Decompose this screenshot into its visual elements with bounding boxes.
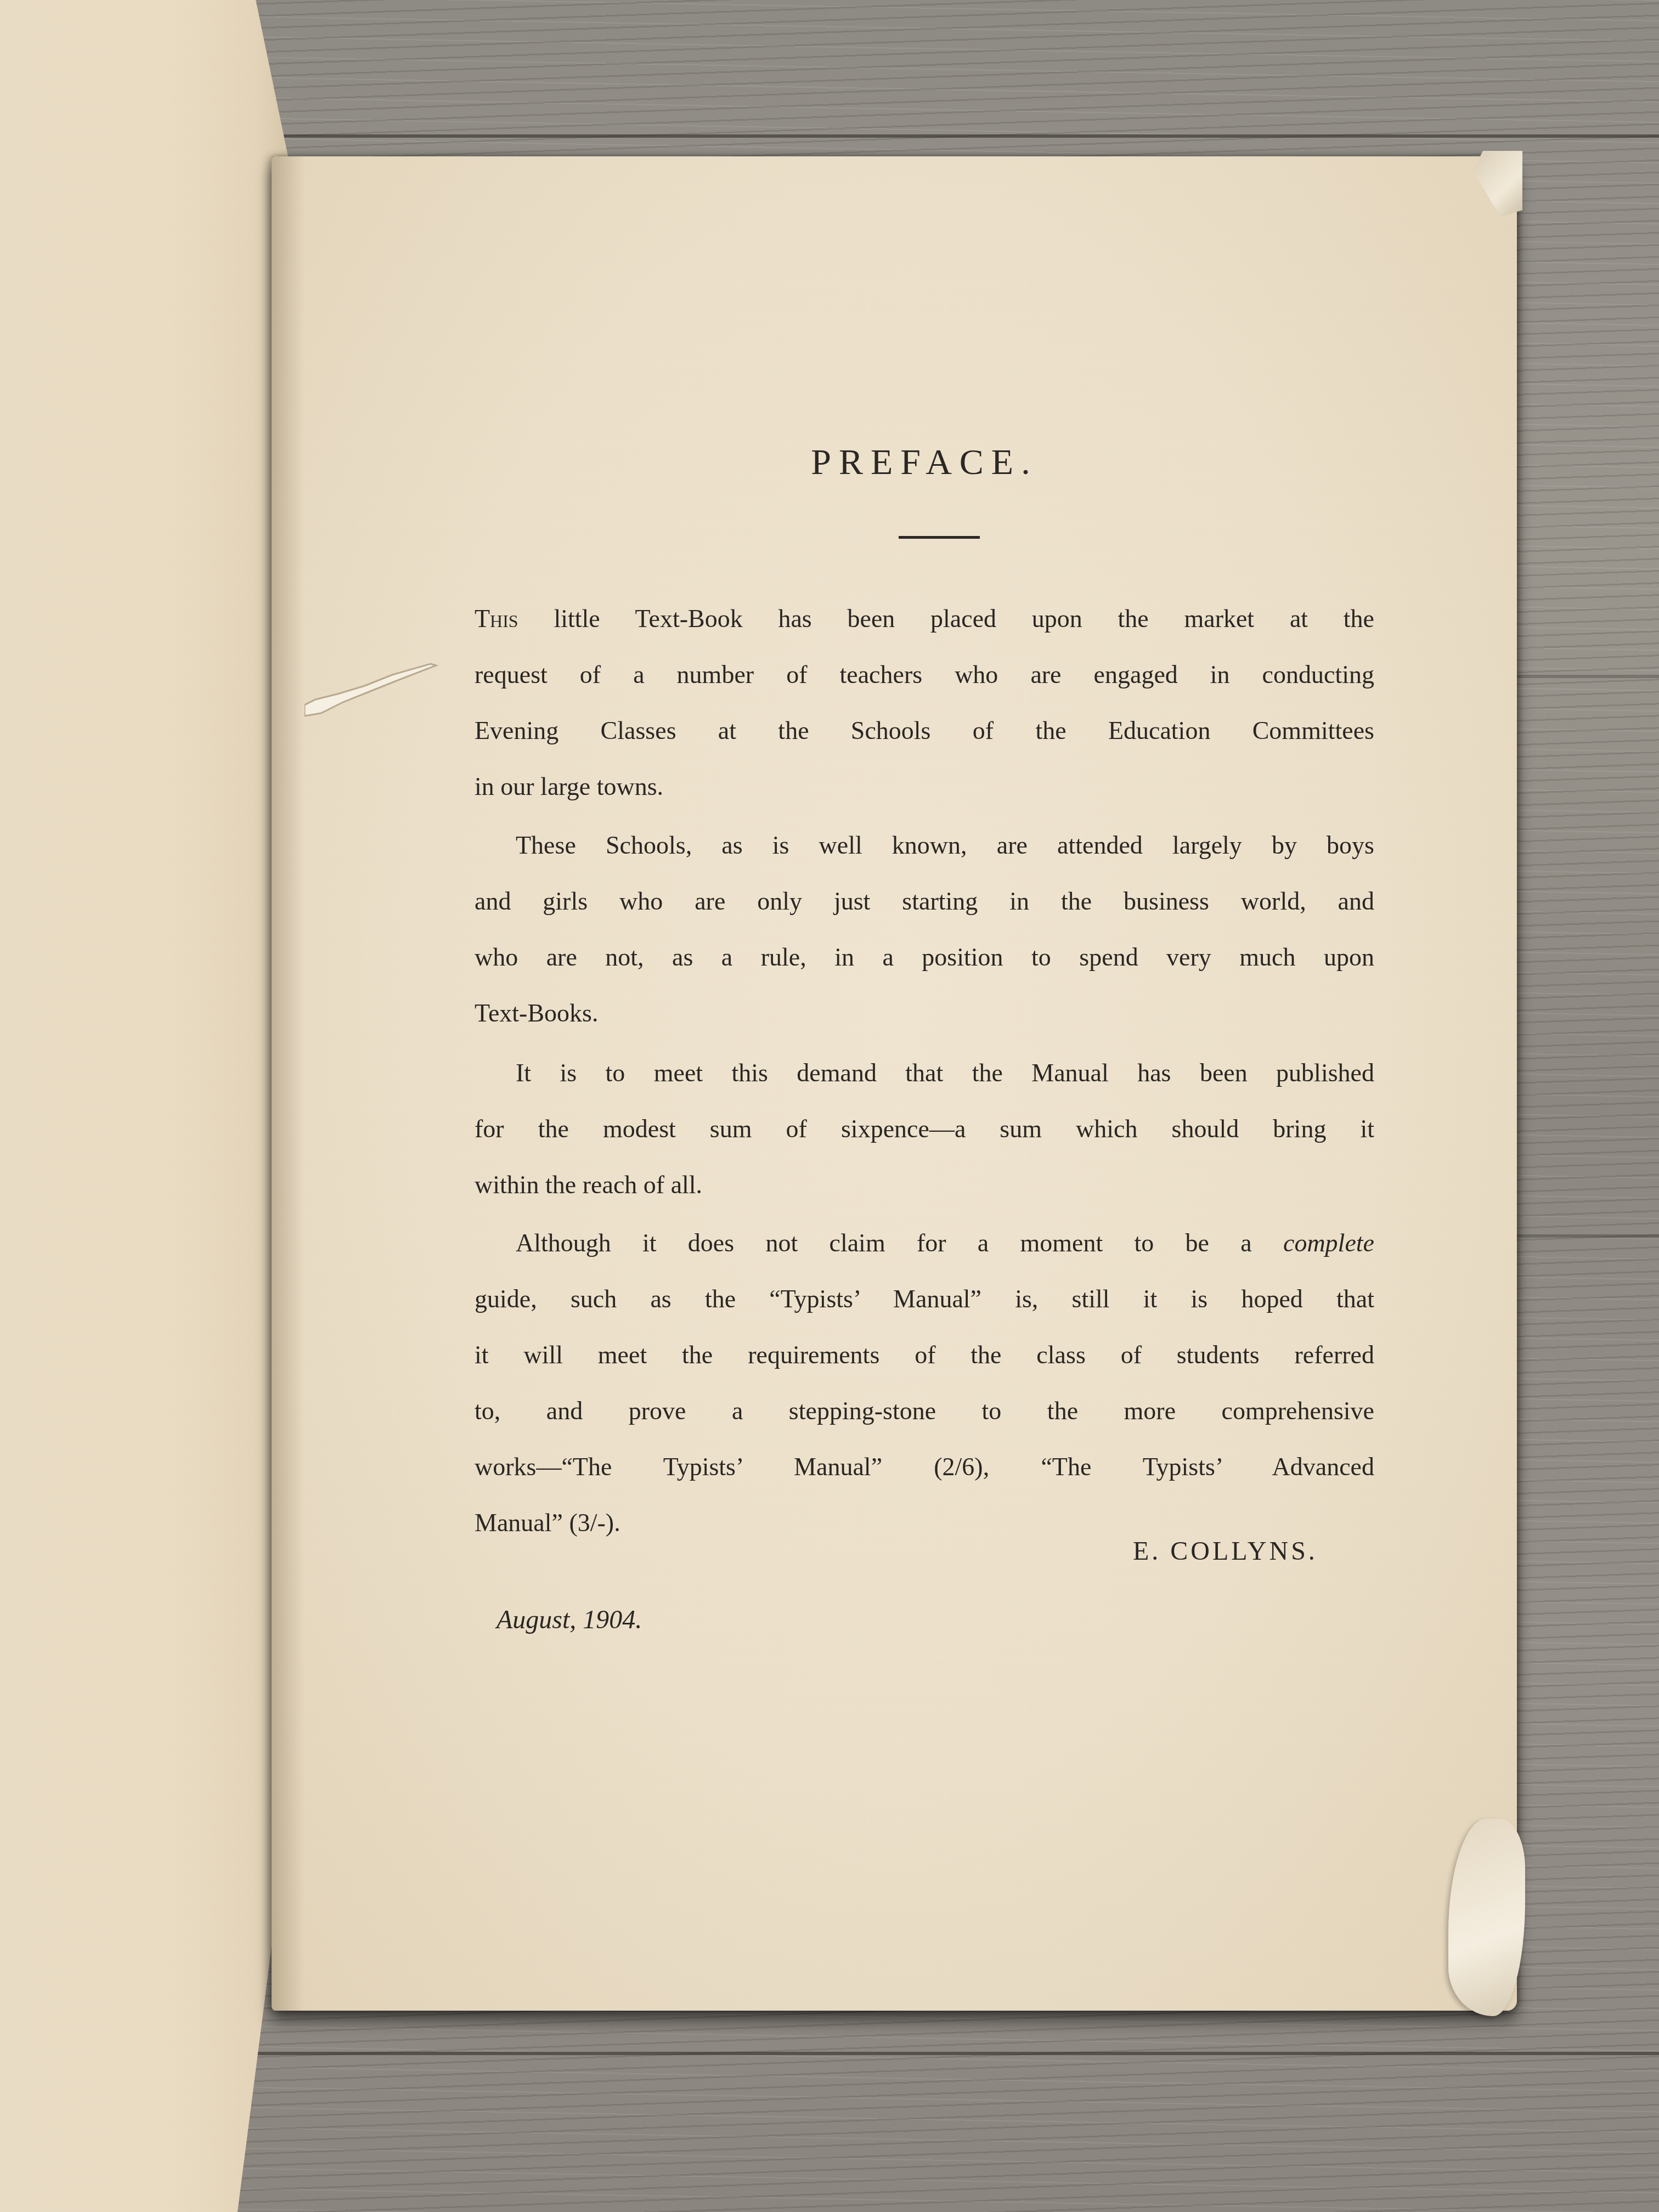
left-page <box>0 0 304 2212</box>
text-line: to, and prove a stepping-stone to the mo… <box>475 1383 1374 1439</box>
paper-tear-icon <box>304 661 442 727</box>
text-line: works—“The Typists’ Manual” (2/6), “The … <box>475 1439 1374 1495</box>
paragraph-4: Although it does not claim for a moment … <box>475 1215 1374 1551</box>
text-line: for the modest sum of sixpence—a sum whi… <box>475 1101 1374 1157</box>
dog-ear-top-corner <box>1473 151 1522 217</box>
text-line: These Schools, as is well known, are att… <box>475 817 1374 873</box>
paragraph-2: These Schools, as is well known, are att… <box>475 817 1374 1041</box>
text-line: Text-Books. <box>475 985 1374 1041</box>
spine-shadow <box>272 156 304 2011</box>
text-line: and girls who are only just starting in … <box>475 873 1374 929</box>
text-line: guide, such as the “Typists’ Manual” is,… <box>475 1271 1374 1327</box>
preface-date: August, 1904. <box>496 1605 642 1635</box>
paragraph-1: This little Text-Book has been placed up… <box>475 591 1374 815</box>
text-line: who are not, as a rule, in a position to… <box>475 929 1374 985</box>
preface-page: PREFACE. This little Text-Book has been … <box>272 156 1517 2011</box>
author-signature: E. COLLYNS. <box>1133 1536 1318 1566</box>
title-rule <box>899 536 980 539</box>
small-caps-lead: This <box>475 605 518 633</box>
text-line: Evening Classes at the Schools of the Ed… <box>475 703 1374 759</box>
text-span: Although it does not claim for a moment … <box>516 1229 1283 1257</box>
page-title: PREFACE. <box>475 442 1374 483</box>
dog-ear-bottom-corner <box>1448 1819 1525 2016</box>
paragraph-3: It is to meet this demand that the Manua… <box>475 1045 1374 1213</box>
text-line: This little Text-Book has been placed up… <box>475 591 1374 647</box>
text-line: It is to meet this demand that the Manua… <box>475 1045 1374 1101</box>
text-line: it will meet the requirements of the cla… <box>475 1327 1374 1383</box>
italic-word: complete <box>1283 1229 1374 1257</box>
text-line: in our large towns. <box>475 759 1374 815</box>
text-line: request of a number of teachers who are … <box>475 647 1374 703</box>
text-line: Although it does not claim for a moment … <box>475 1215 1374 1271</box>
text-line: within the reach of all. <box>475 1157 1374 1213</box>
text-span: little Text-Book has been placed upon th… <box>518 605 1374 633</box>
